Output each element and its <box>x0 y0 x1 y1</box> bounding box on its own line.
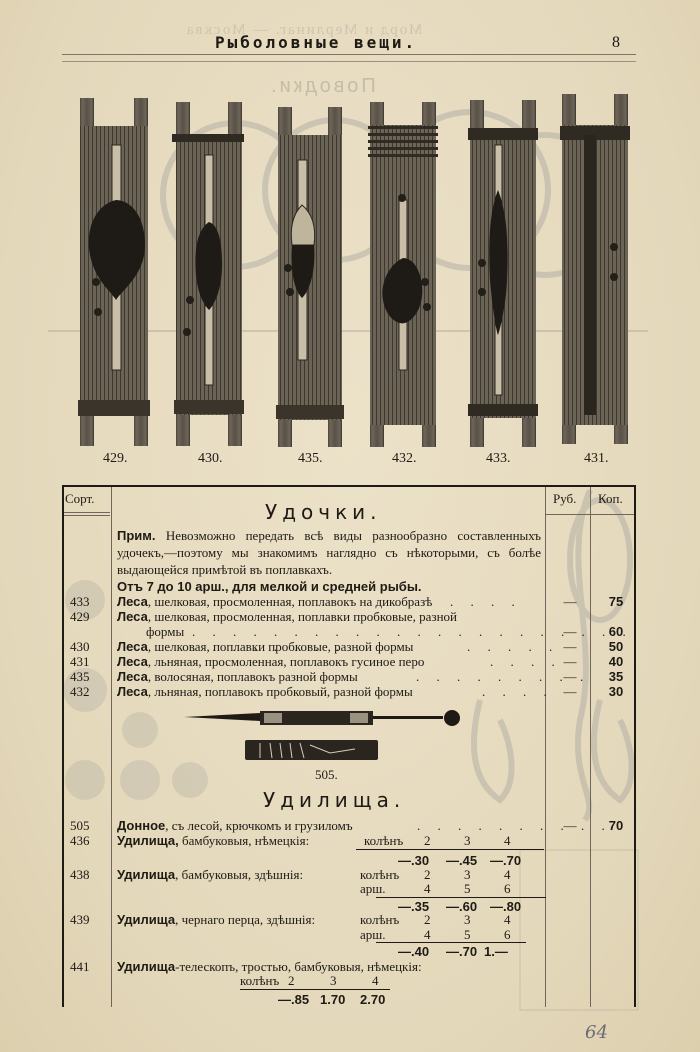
table-row: 438 Удилища, бамбуковыя, здѣшнія: <box>62 867 636 882</box>
item-description: Удилища-телескопъ, тростью, бамбуковыя, … <box>117 959 422 974</box>
figure-label-433: 433. <box>486 451 511 467</box>
figure-label-505: 505. <box>315 767 338 783</box>
sku: 429 <box>70 609 108 624</box>
knees-value: 3 <box>464 833 471 849</box>
item-description: Леса, волосяная, поплавокъ разной формы <box>117 669 358 684</box>
catalog-page: Морд и Мерлинаг. — Москва Рыболовные вещ… <box>0 0 700 1052</box>
table-right-border <box>634 485 636 1007</box>
knees-label: колѣнъ <box>364 833 403 849</box>
section-note: Прим. Невозможно передать всѣ виды разно… <box>117 527 541 595</box>
arshin-label: арш. <box>360 881 386 897</box>
knees-value: 2 <box>424 833 431 849</box>
figure-label-430: 430. <box>198 451 223 467</box>
table-row: 439 Удилища, чернаго перца, здѣшнія: <box>62 912 636 927</box>
price-rub: — <box>560 669 580 684</box>
price-value: —.40 <box>398 944 429 959</box>
price-value: —.70 <box>490 853 521 868</box>
knees-value: 2 <box>424 912 431 928</box>
knees-label: колѣнъ <box>240 973 279 989</box>
spool-430 <box>172 102 244 446</box>
sku: 505 <box>70 818 108 833</box>
column-header-rub: Руб. <box>553 491 576 507</box>
column-header-kop: Коп. <box>598 491 623 507</box>
sku: 439 <box>70 912 108 927</box>
sku: 431 <box>70 654 108 669</box>
table-row: 429 Леса, шелковая, просмоленная, поплав… <box>62 609 636 624</box>
price-rub: — <box>560 684 580 699</box>
price-kop: 30 <box>598 684 634 699</box>
column-header-sku: Сорт. <box>65 491 94 507</box>
table-row: 505 Донное, съ лесой, крючкомъ и грузило… <box>62 818 636 833</box>
price-value: —.85 <box>278 992 309 1007</box>
column-divider <box>590 487 591 1007</box>
handwritten-note: 64 <box>585 1022 608 1043</box>
price-kop: 35 <box>598 669 634 684</box>
price-rule <box>376 897 546 898</box>
price-value: 1.— <box>484 944 508 959</box>
table-left-border <box>62 485 64 1007</box>
price-value: —.30 <box>398 853 429 868</box>
table-row: 432 Леса, льняная, поплавокъ пробковый, … <box>62 684 636 699</box>
table-row-continued: формы . . . . . . . . . . . . . . . . . … <box>62 624 636 639</box>
table-row: 441 Удилища-телескопъ, тростью, бамбуков… <box>62 959 636 974</box>
table-row: 430 Леса, шелковая, поплавки пробковые, … <box>62 639 636 654</box>
header-underline <box>64 515 110 516</box>
table-top-border <box>62 485 636 487</box>
figure-label-432: 432. <box>392 451 417 467</box>
item-description: Леса, льняная, просмоленная, поплавокъ г… <box>117 654 424 669</box>
table-row: 431 Леса, льняная, просмоленная, поплаво… <box>62 654 636 669</box>
price-rub: — <box>560 624 580 639</box>
sku: 432 <box>70 684 108 699</box>
sku: 433 <box>70 594 108 609</box>
price-kop: 50 <box>598 639 634 654</box>
price-value: 1.70 <box>320 992 345 1007</box>
knees-value: 2 <box>288 973 295 989</box>
price-rub: — <box>560 818 580 833</box>
arshin-value: 5 <box>464 881 471 897</box>
item-description: Леса, шелковая, просмоленная, поплавки п… <box>117 609 457 624</box>
arshin-label: арш. <box>360 927 386 943</box>
price-rub: — <box>560 639 580 654</box>
arshin-value: 6 <box>504 927 511 943</box>
item-description: Леса, льняная, поплавокъ пробковый, разн… <box>117 684 413 699</box>
sku: 438 <box>70 867 108 882</box>
note-text: Невозможно передать всѣ виды разнообразн… <box>117 528 541 577</box>
spool-429 <box>78 98 150 446</box>
knees-value: 3 <box>464 912 471 928</box>
price-rub: — <box>560 594 580 609</box>
arshin-value: 4 <box>424 927 431 943</box>
figure-label-431: 431. <box>584 451 609 467</box>
figure-label-429: 429. <box>103 451 128 467</box>
item-description: Леса, шелковая, поплавки пробковые, разн… <box>117 639 413 654</box>
note-bold: Отъ 7 до 10 арш., для мелкой и средней р… <box>117 578 541 595</box>
spool-435 <box>276 107 344 447</box>
sku: 441 <box>70 959 108 974</box>
item-description: Удилища, бамбуковыя, здѣшнія: <box>117 867 303 882</box>
knees-value: 4 <box>372 973 379 989</box>
figure-label-435: 435. <box>298 451 323 467</box>
price-rub: — <box>560 654 580 669</box>
price-rule <box>356 849 544 850</box>
column-divider <box>545 487 546 1007</box>
column-divider <box>111 487 112 1007</box>
sku: 430 <box>70 639 108 654</box>
arshin-value: 5 <box>464 927 471 943</box>
price-rule <box>376 942 526 943</box>
header-underline <box>64 512 110 513</box>
sku: 436 <box>70 833 108 848</box>
price-kop: 70 <box>598 818 634 833</box>
knees-value: 4 <box>504 912 511 928</box>
note-label: Прим. <box>117 528 156 543</box>
arshin-value: 6 <box>504 881 511 897</box>
section-title-fishing-rods: Удочки. <box>265 500 382 524</box>
table-row: 435 Леса, волосяная, поплавокъ разной фо… <box>62 669 636 684</box>
arshin-value: 4 <box>424 881 431 897</box>
header-underline <box>546 514 634 515</box>
item-description: Удилища, чернаго перца, здѣшнія: <box>117 912 315 927</box>
price-kop: 75 <box>598 594 634 609</box>
knees-value: 3 <box>330 973 337 989</box>
table-row: 436 Удилища, бамбуковыя, нѣмецкія: <box>62 833 636 848</box>
knees-label: колѣнъ <box>360 912 399 928</box>
sku: 435 <box>70 669 108 684</box>
price-value: —.70 <box>446 944 477 959</box>
price-value: —.45 <box>446 853 477 868</box>
float-spools-illustration <box>0 0 700 470</box>
spool-433 <box>468 100 538 447</box>
section-title-rods: Удилища. <box>263 788 405 812</box>
table-row: 433 Леса, шелковая, просмоленная, поплав… <box>62 594 636 609</box>
price-kop: 60 <box>598 624 634 639</box>
item-description: Леса, шелковая, просмоленная, поплавокъ … <box>117 594 432 609</box>
item-description-continued: формы <box>146 624 184 639</box>
bottom-line-illustration <box>180 705 480 765</box>
price-kop: 40 <box>598 654 634 669</box>
item-description: Донное, съ лесой, крючкомъ и грузиломъ <box>117 818 353 833</box>
price-value: 2.70 <box>360 992 385 1007</box>
spool-431 <box>560 94 630 444</box>
knees-value: 4 <box>504 833 511 849</box>
spool-432 <box>368 102 438 447</box>
price-rule <box>240 989 390 990</box>
item-description: Удилища, бамбуковыя, нѣмецкія: <box>117 833 309 848</box>
